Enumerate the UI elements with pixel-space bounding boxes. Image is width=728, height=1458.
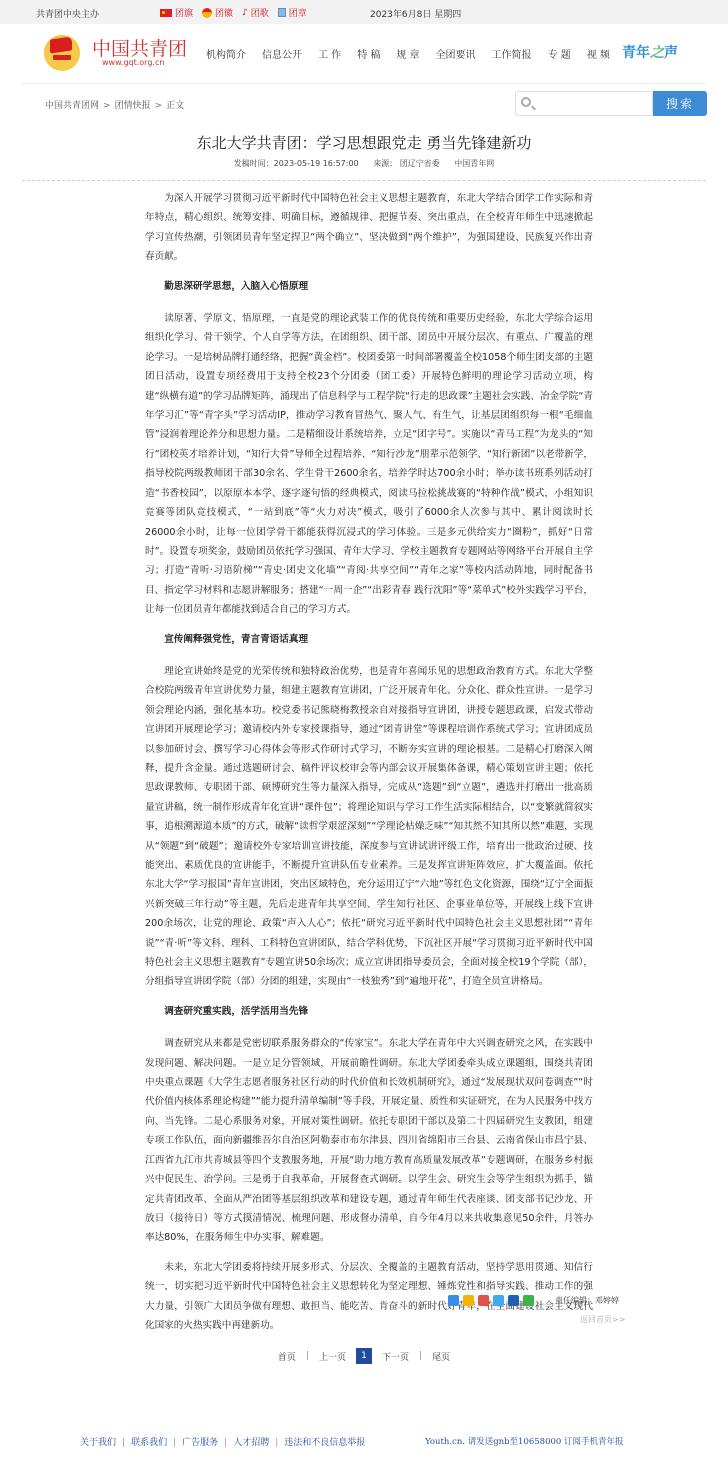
page-current[interactable]: 1 xyxy=(356,1348,372,1364)
nav-item-topics[interactable]: 专 题 xyxy=(548,46,571,61)
share-plus-icon[interactable] xyxy=(448,1295,459,1306)
divider: | xyxy=(122,1438,125,1448)
nav-item-briefs[interactable]: 工作简报 xyxy=(492,46,532,61)
symbol-label: 团徽 xyxy=(215,6,233,19)
symbol-links: 团旗 团徽 ♪团歌 团章 xyxy=(160,6,307,19)
footer-link-report[interactable]: 违法和不良信息举报 xyxy=(284,1438,365,1448)
page-first[interactable]: 首页 xyxy=(278,1350,296,1363)
search-box xyxy=(515,91,653,116)
breadcrumb-row: 中国共青团网>团情快报>正文 搜索 xyxy=(0,84,728,128)
nav-item-info[interactable]: 信息公开 xyxy=(262,46,302,61)
divider: | xyxy=(224,1438,227,1448)
breadcrumb-separator: > xyxy=(103,101,111,111)
search-button[interactable]: 搜索 xyxy=(653,91,707,116)
source: 来源： 团辽宁省委 xyxy=(373,159,440,168)
renren-icon[interactable] xyxy=(508,1295,519,1306)
search-icon xyxy=(521,97,531,107)
symbol-link-charter[interactable]: 团章 xyxy=(278,6,307,19)
footer-link-about[interactable]: 关于我们 xyxy=(80,1438,116,1448)
footer-links: 关于我们|联系我们|广告服务|人才招聘|违法和不良信息举报 xyxy=(80,1435,365,1448)
source-site: 中国青年网 xyxy=(454,159,494,168)
emblem-icon xyxy=(202,8,212,18)
responsible-editor: 责任编辑：邓婷婷 xyxy=(555,1295,619,1306)
nav-item-work[interactable]: 工 作 xyxy=(318,46,341,61)
host-label: 共青团中央主办 xyxy=(36,7,99,20)
paragraph-intro: 为深入开展学习贯彻习近平新时代中国特色社会主义思想主题教育，东北大学结合团学工作… xyxy=(145,189,593,267)
footer-link-jobs[interactable]: 人才招聘 xyxy=(233,1438,269,1448)
music-note-icon: ♪ xyxy=(242,8,248,18)
divider: | xyxy=(306,1351,309,1361)
back-home-link[interactable]: 返回首页>> xyxy=(580,1314,625,1325)
flag-icon xyxy=(160,9,172,17)
symbol-link-flag[interactable]: 团旗 xyxy=(160,6,193,19)
paragraph: 读原著、学原文、悟原理，一直是党的理论武装工作的优良传统和重要历史经验，东北大学… xyxy=(145,309,593,620)
search-input[interactable] xyxy=(536,94,646,113)
page-prev[interactable]: 上一页 xyxy=(319,1350,346,1363)
paragraph: 理论宣讲始终是党的光荣传统和独特政治优势，也是青年喜闻乐见的思想政治教育方式。东… xyxy=(145,662,593,992)
divider xyxy=(22,180,706,181)
breadcrumb-home[interactable]: 中国共青团网 xyxy=(45,101,99,111)
share-bar xyxy=(448,1295,534,1306)
site-header: 中国共青团 www.gqt.org.cn 机构简介 信息公开 工 作 特 稿 规… xyxy=(22,24,706,84)
tencent-weibo-icon[interactable] xyxy=(493,1295,504,1306)
breadcrumb-current: 正文 xyxy=(166,101,184,111)
nav-item-news[interactable]: 全团要讯 xyxy=(436,46,476,61)
symbol-label: 团旗 xyxy=(175,6,193,19)
divider: | xyxy=(173,1438,176,1448)
current-date: 2023年6月8日 星期四 xyxy=(370,7,461,20)
qzone-icon[interactable] xyxy=(463,1295,474,1306)
nav-item-features[interactable]: 特 稿 xyxy=(357,46,380,61)
footer-link-contact[interactable]: 联系我们 xyxy=(131,1438,167,1448)
article-meta: 发稿时间：2023-05-19 16:57:00 来源： 团辽宁省委 中国青年网 xyxy=(0,158,728,172)
page-last[interactable]: 尾页 xyxy=(432,1350,450,1363)
nav-item-video[interactable]: 视 频 xyxy=(587,46,610,61)
site-url: www.gqt.org.cn xyxy=(102,58,164,67)
document-icon xyxy=(278,8,286,17)
pagination: 首页 | 上一页 1 下一页 | 尾页 xyxy=(0,1348,728,1364)
league-emblem-logo[interactable] xyxy=(44,35,80,71)
breadcrumb: 中国共青团网>团情快报>正文 xyxy=(45,98,184,111)
paragraph: 调查研究从来都是党密切联系服务群众的“传家宝”。东北大学在青年中大兴调查研究之风… xyxy=(145,1034,593,1247)
weibo-icon[interactable] xyxy=(478,1295,489,1306)
top-utility-bar: 共青团中央主办 团旗 团徽 ♪团歌 团章 2023年6月8日 星期四 xyxy=(0,0,728,24)
divider: | xyxy=(419,1351,422,1361)
section-heading: 调查研究重实践，活学活用当先锋 xyxy=(145,1002,593,1021)
symbol-label: 团歌 xyxy=(251,6,269,19)
symbol-link-emblem[interactable]: 团徽 xyxy=(202,6,233,19)
page-next[interactable]: 下一页 xyxy=(382,1350,409,1363)
brand-text: 之 xyxy=(650,45,664,61)
breadcrumb-separator: > xyxy=(155,101,163,111)
article-body: 为深入开展学习贯彻习近平新时代中国特色社会主义思想主题教育，东北大学结合团学工作… xyxy=(0,189,728,1335)
brand-text: 青年 xyxy=(622,45,650,61)
main-nav: 机构简介 信息公开 工 作 特 稿 规 章 全团要讯 工作简报 专 题 视 频 xyxy=(206,46,626,61)
youth-voice-logo[interactable]: 青年之声 xyxy=(622,42,678,62)
divider: | xyxy=(275,1438,278,1448)
section-heading: 宣传阐释强党性，青言青语话真理 xyxy=(145,630,593,649)
footer-link-ads[interactable]: 广告服务 xyxy=(182,1438,218,1448)
symbol-link-song[interactable]: ♪团歌 xyxy=(242,6,269,19)
nav-item-rules[interactable]: 规 章 xyxy=(396,46,419,61)
section-heading: 勤思深研学思想，入脑入心悟原理 xyxy=(145,277,593,296)
publish-time: 发稿时间：2023-05-19 16:57:00 xyxy=(234,159,359,168)
brand-text: 声 xyxy=(664,45,678,61)
article-title: 东北大学共青团：学习思想跟党走 勇当先锋建新功 xyxy=(0,130,728,156)
breadcrumb-section[interactable]: 团情快报 xyxy=(115,101,151,111)
sms-subscription: Youth.cn. 请发送gnb至10658000 订阅手机青年报 xyxy=(425,1435,624,1447)
symbol-label: 团章 xyxy=(289,6,307,19)
site-logo-text[interactable]: 中国共青团 xyxy=(92,34,187,61)
nav-item-about[interactable]: 机构简介 xyxy=(206,46,246,61)
wechat-icon[interactable] xyxy=(523,1295,534,1306)
